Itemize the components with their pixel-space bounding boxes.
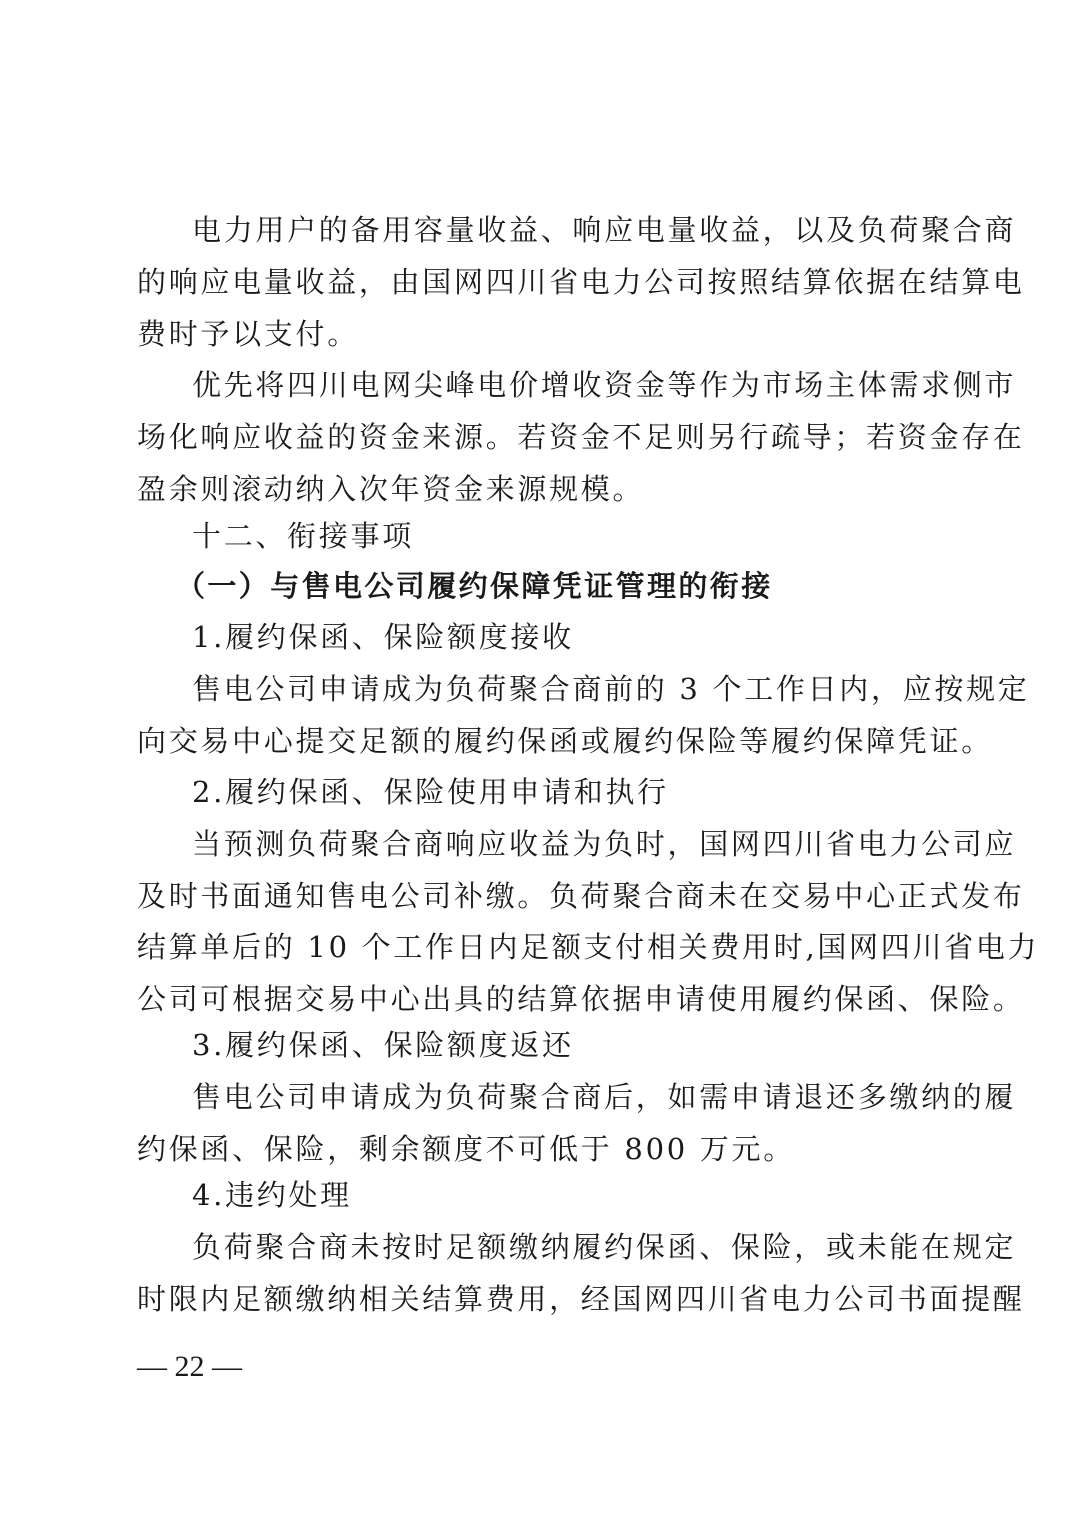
item-2-heading: 2.履约保函、保险使用申请和执行 xyxy=(192,774,945,810)
document-page: 电力用户的备用容量收益、响应电量收益，以及负荷聚合商 的响应电量收益，由国网四川… xyxy=(0,0,1080,1528)
item-2-body-line-2: 及时书面通知售电公司补缴。负荷聚合商未在交易中心正式发布 xyxy=(137,878,945,914)
item-2-body-line-4: 公司可根据交易中心出具的结算依据申请使用履约保函、保险。 xyxy=(137,981,945,1017)
item-1-body-line-2: 向交易中心提交足额的履约保函或履约保险等履约保障凭证。 xyxy=(137,723,945,759)
item-3-body-line-1: 售电公司申请成为负荷聚合商后，如需申请退还多缴纳的履 xyxy=(192,1079,945,1115)
item-3-body-line-2: 约保函、保险，剩余额度不可低于 800 万元。 xyxy=(137,1131,945,1167)
page-number: — 22 — xyxy=(137,1350,242,1384)
item-1-body-line-1: 售电公司申请成为负荷聚合商前的 3 个工作日内，应按规定 xyxy=(192,671,945,707)
item-2-body-line-1: 当预测负荷聚合商响应收益为负时，国网四川省电力公司应 xyxy=(192,826,945,862)
paragraph-1-line-2: 的响应电量收益，由国网四川省电力公司按照结算依据在结算电 xyxy=(137,264,945,300)
item-4-body-line-2: 时限内足额缴纳相关结算费用，经国网四川省电力公司书面提醒 xyxy=(137,1281,945,1317)
section-heading: 十二、衔接事项 xyxy=(192,518,945,554)
item-4-body-line-1: 负荷聚合商未按时足额缴纳履约保函、保险，或未能在规定 xyxy=(192,1229,945,1265)
paragraph-1-line-1: 电力用户的备用容量收益、响应电量收益，以及负荷聚合商 xyxy=(192,212,945,248)
paragraph-2-line-3: 盈余则滚动纳入次年资金来源规模。 xyxy=(137,471,945,507)
paragraph-2-line-1: 优先将四川电网尖峰电价增收资金等作为市场主体需求侧市 xyxy=(192,367,945,403)
item-1-heading: 1.履约保函、保险额度接收 xyxy=(192,619,945,655)
item-3-heading: 3.履约保函、保险额度返还 xyxy=(192,1027,945,1063)
paragraph-2-line-2: 场化响应收益的资金来源。若资金不足则另行疏导；若资金存在 xyxy=(137,419,945,455)
subsection-heading: （一）与售电公司履约保障凭证管理的衔接 xyxy=(176,568,945,604)
item-2-body-line-3: 结算单后的 10 个工作日内足额支付相关费用时,国网四川省电力 xyxy=(137,929,945,965)
paragraph-1-line-3: 费时予以支付。 xyxy=(137,316,945,352)
item-4-heading: 4.违约处理 xyxy=(192,1177,945,1213)
